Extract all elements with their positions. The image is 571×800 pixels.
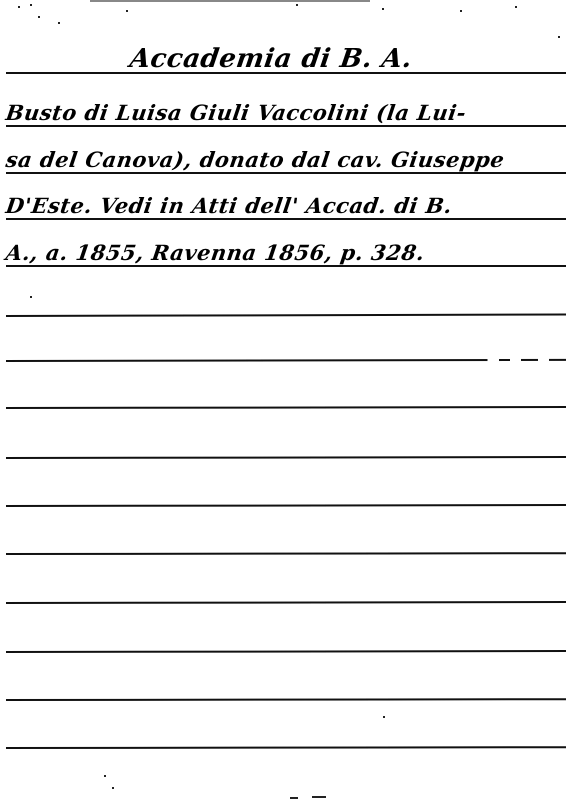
ruled-line	[6, 746, 566, 749]
card-text-line: sa del Canova), donato dal cav. Giuseppe	[4, 147, 506, 172]
scan-speck	[112, 787, 114, 789]
card-title: Accademia di B. A.	[128, 44, 414, 74]
ruled-line	[6, 504, 566, 507]
scan-speck	[30, 4, 32, 6]
card-text-line: A., a. 1855, Ravenna 1856, p. 328.	[4, 240, 426, 265]
archive-index-card: Accademia di B. A. Busto di Luisa Giuli …	[0, 0, 571, 800]
ruled-line	[6, 265, 566, 267]
ruled-line	[6, 218, 566, 220]
scan-speck	[312, 796, 326, 798]
card-text-line: Busto di Luisa Giuli Vaccolini (la Lui-	[4, 100, 468, 125]
ruled-line	[6, 601, 566, 604]
ruled-line	[6, 406, 566, 409]
scan-speck	[382, 8, 384, 10]
ruled-line	[6, 456, 566, 459]
scan-speck	[18, 6, 20, 8]
scan-speck	[38, 16, 40, 18]
ruled-line	[6, 125, 566, 127]
ruled-line	[6, 172, 566, 174]
scan-speck	[104, 775, 106, 777]
top-edge-rule	[90, 0, 370, 2]
scan-speck	[58, 22, 60, 24]
scan-speck	[515, 6, 517, 8]
ruled-line	[6, 552, 566, 555]
scan-speck	[290, 797, 298, 799]
ruled-line	[6, 314, 566, 317]
scan-speck	[558, 36, 560, 38]
card-text-line: D'Este. Vedi in Atti dell' Accad. di B.	[4, 193, 454, 218]
ruled-line	[6, 698, 566, 701]
scan-speck	[296, 4, 298, 6]
ruled-line	[6, 359, 566, 362]
scan-speck	[30, 296, 32, 298]
scan-speck	[460, 10, 462, 12]
scan-speck	[126, 10, 128, 12]
ruled-line	[6, 650, 566, 653]
scan-speck	[383, 716, 385, 718]
